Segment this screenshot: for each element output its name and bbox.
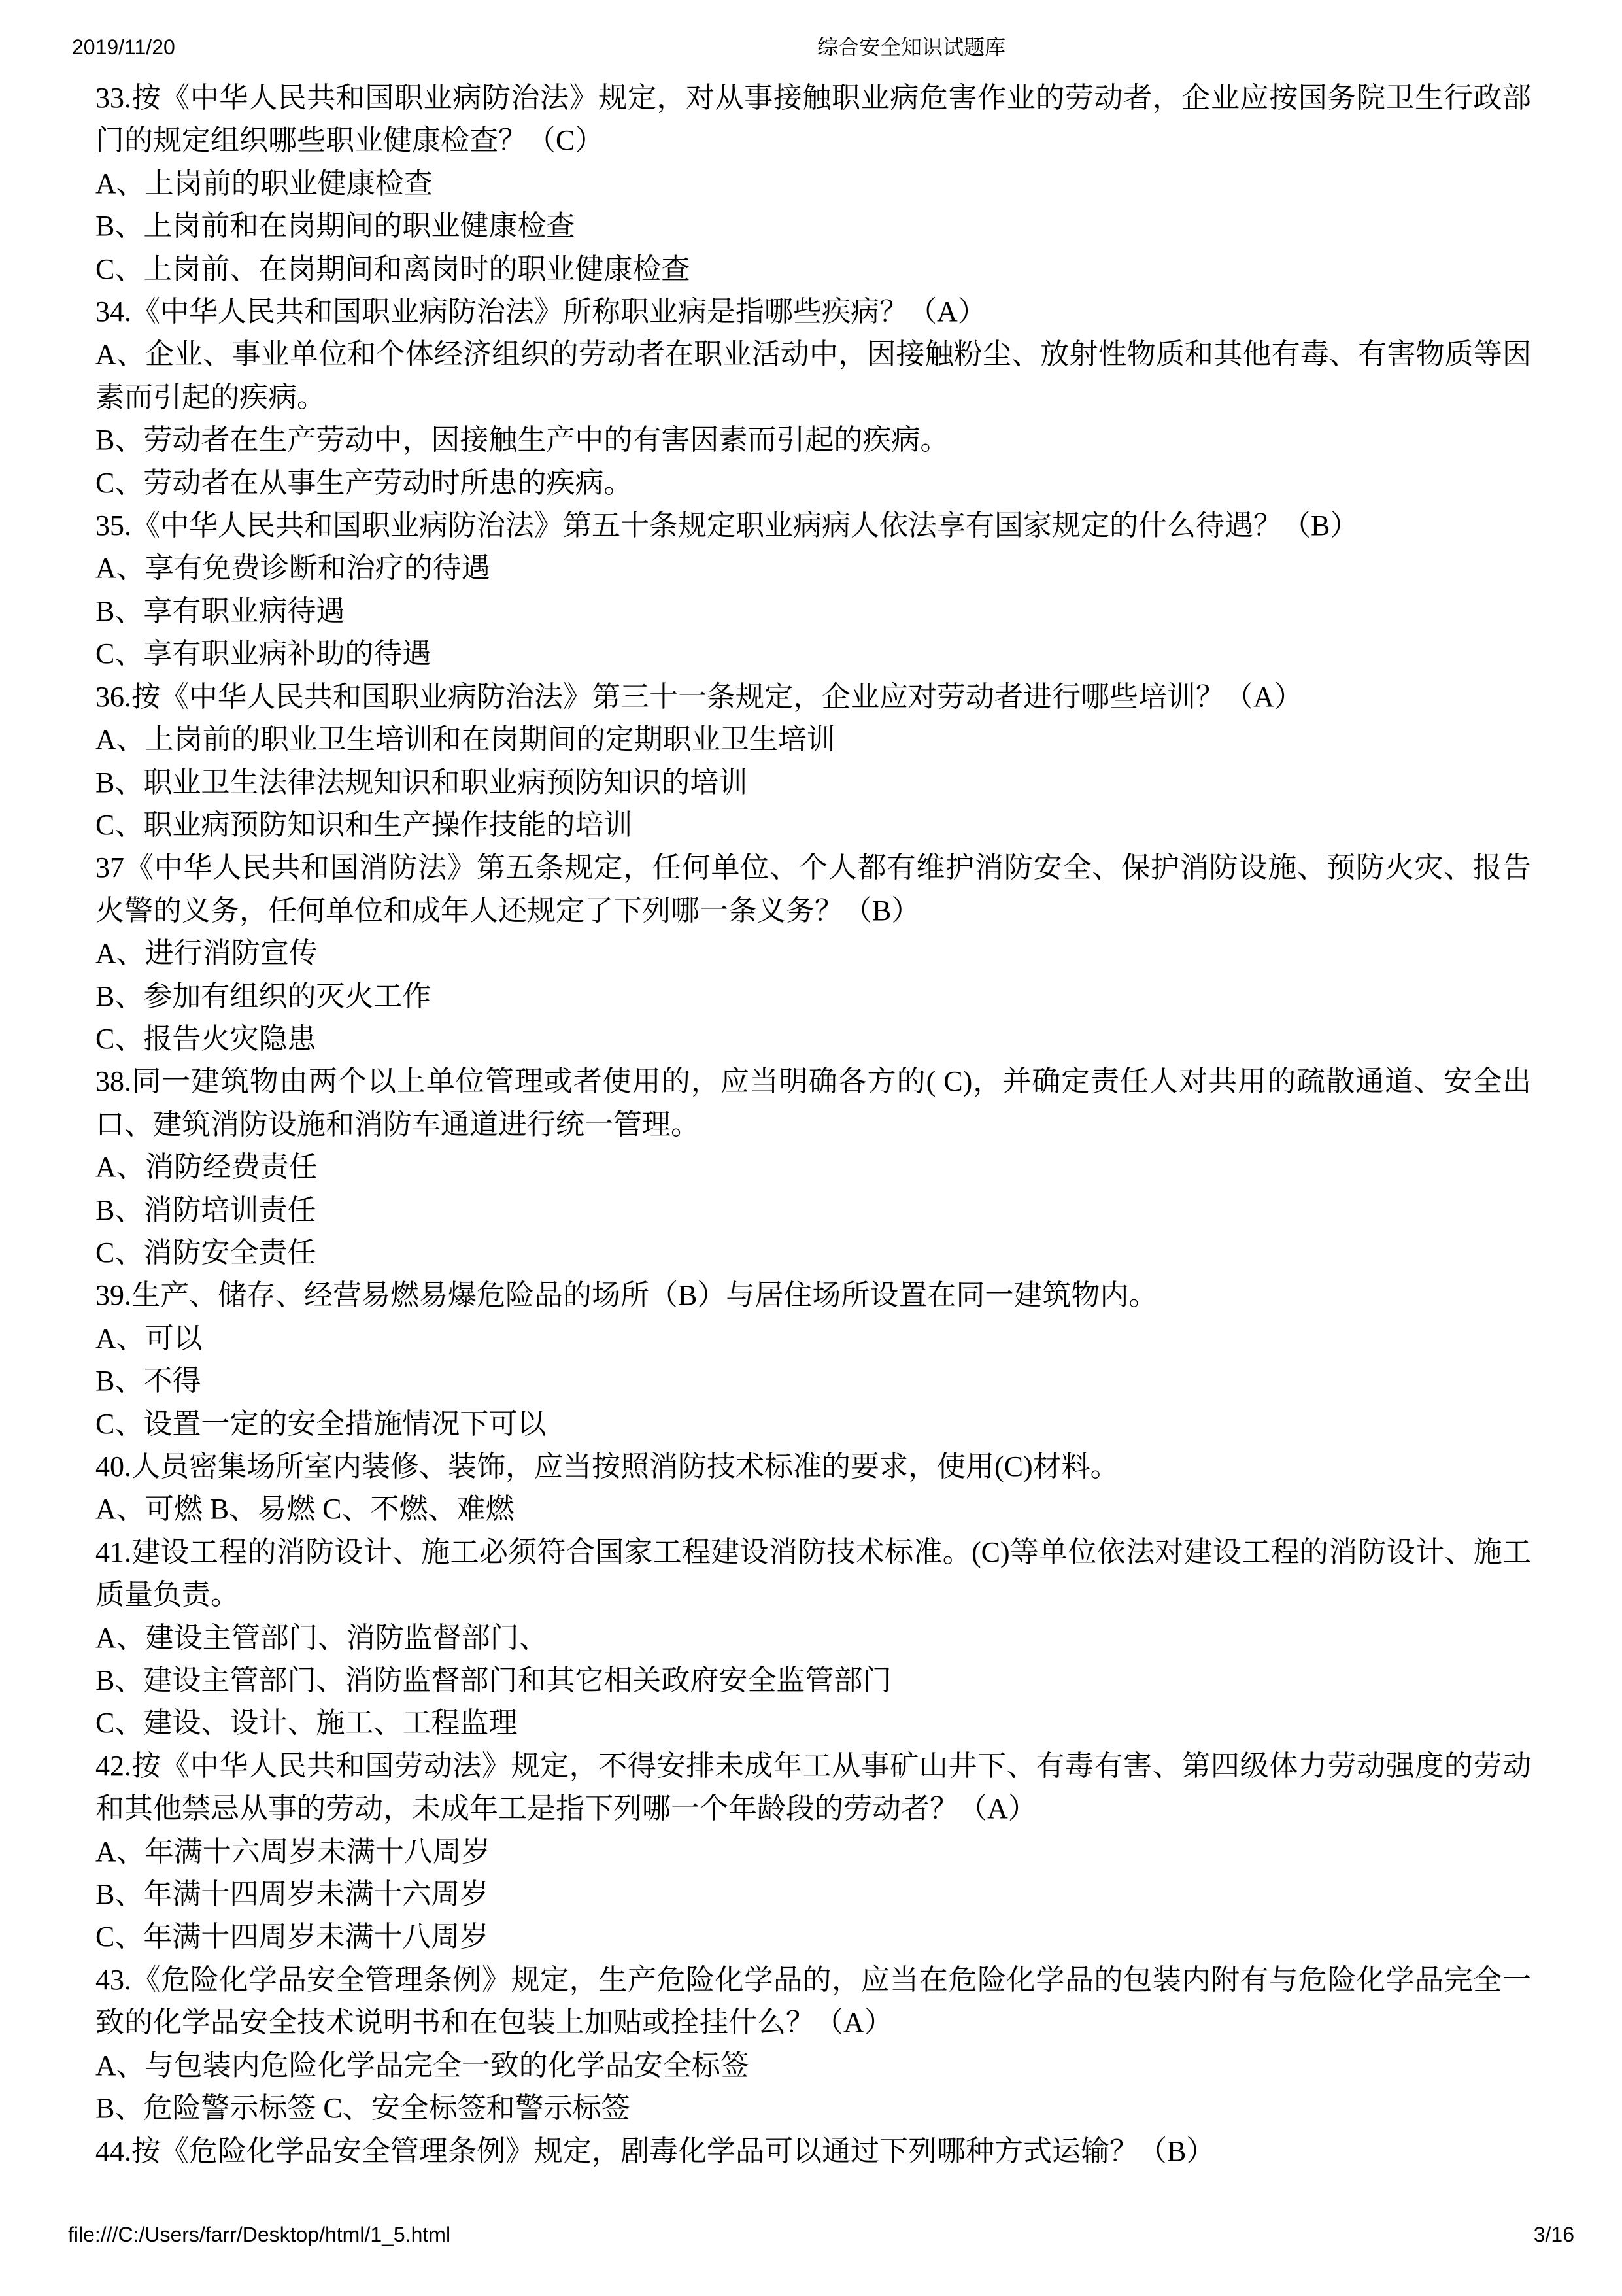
question-item-42: 42.按《中华人民共和国劳动法》规定，不得安排未成年工从事矿山井下、有毒有害、第… xyxy=(95,1745,1531,1959)
question-text: 36.按《中华人民共和国职业病防治法》第三十一条规定，企业应对劳动者进行哪些培训… xyxy=(95,676,1531,718)
question-item-36: 36.按《中华人民共和国职业病防治法》第三十一条规定，企业应对劳动者进行哪些培训… xyxy=(95,676,1531,847)
option-b: B、上岗前和在岗期间的职业健康检查 xyxy=(95,205,1531,247)
question-item-44: 44.按《危险化学品安全管理条例》规定，剧毒化学品可以通过下列哪种方式运输？（B… xyxy=(95,2130,1531,2172)
question-text: 35.《中华人民共和国职业病防治法》第五十条规定职业病病人依法享有国家规定的什么… xyxy=(95,504,1531,547)
option-c: C、年满十四周岁未满十八周岁 xyxy=(95,1915,1531,1958)
question-list: 33.按《中华人民共和国职业病防治法》规定，对从事接触职业病危害作业的劳动者，企… xyxy=(95,77,1531,2172)
option-a: A、可以 xyxy=(95,1317,1531,1360)
question-item-35: 35.《中华人民共和国职业病防治法》第五十条规定职业病病人依法享有国家规定的什么… xyxy=(95,504,1531,676)
option-a: A、企业、事业单位和个体经济组织的劳动者在职业活动中，因接触粉尘、放射性物质和其… xyxy=(95,333,1531,419)
printed-document-page: { "header": { "date": "2019/11/20", "tit… xyxy=(0,0,1622,2296)
question-item-41: 41.建设工程的消防设计、施工必须符合国家工程建设消防技术标准。(C)等单位依法… xyxy=(95,1531,1531,1745)
option-b: B、建设主管部门、消防监督部门和其它相关政府安全监管部门 xyxy=(95,1659,1531,1702)
footer-page-indicator: 3/16 xyxy=(1534,2222,1574,2247)
option-c: C、设置一定的安全措施情况下可以 xyxy=(95,1403,1531,1445)
option-c: C、报告火灾隐患 xyxy=(95,1018,1531,1060)
question-text: 40.人员密集场所室内装修、装饰，应当按照消防技术标准的要求，使用(C)材料。 xyxy=(95,1445,1531,1488)
option-c: C、上岗前、在岗期间和离岗时的职业健康检查 xyxy=(95,248,1531,290)
option-b: B、享有职业病待遇 xyxy=(95,590,1531,632)
question-text: 39.生产、储存、经营易燃易爆危险品的场所（B）与居住场所设置在同一建筑物内。 xyxy=(95,1274,1531,1316)
question-text: 41.建设工程的消防设计、施工必须符合国家工程建设消防技术标准。(C)等单位依法… xyxy=(95,1531,1531,1617)
option-b: B、不得 xyxy=(95,1360,1531,1402)
option-a: A、与包装内危险化学品完全一致的化学品安全标签 xyxy=(95,2044,1531,2087)
header-date: 2019/11/20 xyxy=(72,35,175,59)
question-text: 37《中华人民共和国消防法》第五条规定，任何单位、个人都有维护消防安全、保护消防… xyxy=(95,846,1531,932)
question-text: 42.按《中华人民共和国劳动法》规定，不得安排未成年工从事矿山井下、有毒有害、第… xyxy=(95,1745,1531,1830)
footer-file-url: file:///C:/Users/farr/Desktop/html/1_5.h… xyxy=(68,2222,450,2247)
question-item-33: 33.按《中华人民共和国职业病防治法》规定，对从事接触职业病危害作业的劳动者，企… xyxy=(95,77,1531,290)
question-item-34: 34.《中华人民共和国职业病防治法》所称职业病是指哪些疾病？（A） A、企业、事… xyxy=(95,290,1531,504)
option-c: C、职业病预防知识和生产操作技能的培训 xyxy=(95,804,1531,846)
option-a: A、上岗前的职业卫生培训和在岗期间的定期职业卫生培训 xyxy=(95,718,1531,761)
question-text: 44.按《危险化学品安全管理条例》规定，剧毒化学品可以通过下列哪种方式运输？（B… xyxy=(95,2130,1531,2172)
option-a: A、享有免费诊断和治疗的待遇 xyxy=(95,547,1531,589)
header-document-title: 综合安全知识试题库 xyxy=(817,35,1005,59)
option-row: A、可燃 B、易燃 C、不燃、难燃 xyxy=(95,1488,1531,1530)
question-item-43: 43.《危险化学品安全管理条例》规定，生产危险化学品的，应当在危险化学品的包装内… xyxy=(95,1959,1531,2130)
option-b: B、劳动者在生产劳动中，因接触生产中的有害因素而引起的疾病。 xyxy=(95,419,1531,461)
question-text: 33.按《中华人民共和国职业病防治法》规定，对从事接触职业病危害作业的劳动者，企… xyxy=(95,77,1531,162)
option-b: B、职业卫生法律法规知识和职业病预防知识的培训 xyxy=(95,761,1531,804)
option-c: C、享有职业病补助的待遇 xyxy=(95,632,1531,675)
option-a: A、年满十六周岁未满十八周岁 xyxy=(95,1830,1531,1873)
option-b: B、年满十四周岁未满十六周岁 xyxy=(95,1873,1531,1915)
question-item-39: 39.生产、储存、经营易燃易爆危险品的场所（B）与居住场所设置在同一建筑物内。 … xyxy=(95,1274,1531,1445)
question-item-38: 38.同一建筑物由两个以上单位管理或者使用的，应当明确各方的( C)，并确定责任… xyxy=(95,1060,1531,1274)
option-row-bc: B、危险警示标签 C、安全标签和警示标签 xyxy=(95,2087,1531,2129)
option-a: A、建设主管部门、消防监督部门、 xyxy=(95,1617,1531,1659)
option-a: A、消防经费责任 xyxy=(95,1146,1531,1188)
question-text: 43.《危险化学品安全管理条例》规定，生产危险化学品的，应当在危险化学品的包装内… xyxy=(95,1959,1531,2044)
question-item-40: 40.人员密集场所室内装修、装饰，应当按照消防技术标准的要求，使用(C)材料。 … xyxy=(95,1445,1531,1531)
question-item-37: 37《中华人民共和国消防法》第五条规定，任何单位、个人都有维护消防安全、保护消防… xyxy=(95,846,1531,1060)
option-b: B、消防培训责任 xyxy=(95,1189,1531,1231)
option-c: C、劳动者在从事生产劳动时所患的疾病。 xyxy=(95,462,1531,504)
question-text: 34.《中华人民共和国职业病防治法》所称职业病是指哪些疾病？（A） xyxy=(95,290,1531,333)
option-a: A、上岗前的职业健康检查 xyxy=(95,162,1531,205)
option-b: B、参加有组织的灭火工作 xyxy=(95,975,1531,1018)
option-c: C、建设、设计、施工、工程监理 xyxy=(95,1702,1531,1744)
option-a: A、进行消防宣传 xyxy=(95,932,1531,974)
question-text: 38.同一建筑物由两个以上单位管理或者使用的，应当明确各方的( C)，并确定责任… xyxy=(95,1060,1531,1146)
option-c: C、消防安全责任 xyxy=(95,1231,1531,1274)
